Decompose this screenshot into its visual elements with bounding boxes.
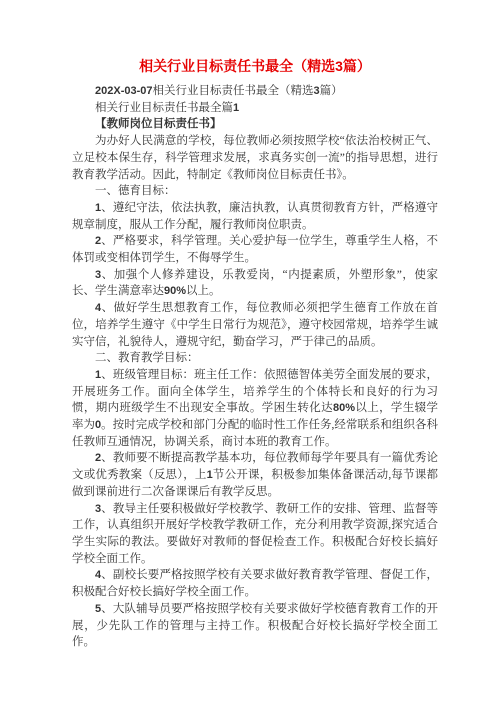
item-2-5: 5、大队辅导员要严格按照学校有关要求做好学校德育教育工作的开展，少先队工作的管理… [72,601,438,651]
subtitle: 相关行业目标责任书最全篇1 [72,100,438,117]
document-page: 相关行业目标责任书最全（精选3篇） 202X-03-07相关行业目标责任书最全（… [0,0,500,707]
document-title: 相关行业目标责任书最全（精选3篇） [72,56,438,76]
intro-paragraph: 为办好人民满意的学校，每位教师必须按照学校“依法治校树正气、立足校本保生存，科学… [72,133,438,183]
item-1-2: 2、严格要求，科学管理。关心爱护每一位学生，尊重学生人格，不体罚或变相体罚学生，… [72,233,438,266]
item-2-1: 1、班级管理目标：班主任工作：依照德智体美劳全面发展的要求，开展班务工作。面向全… [72,367,438,451]
item-2-3: 3、教导主任要积极做好学校教学、教研工作的安排、管理、监督等工作，认真组织开展好… [72,501,438,568]
date-line: 202X-03-07相关行业目标责任书最全（精选3篇） [72,83,438,100]
item-1-4: 4、做好学生思想教育工作，每位教师必须把学生德育工作放在首位，培养学生遵守《中学… [72,300,438,350]
document-body: 202X-03-07相关行业目标责任书最全（精选3篇）相关行业目标责任书最全篇1… [72,83,438,651]
item-2-4: 4、副校长要严格按照学校有关要求做好教育教学管理、督促工作，积极配合好校长搞好学… [72,567,438,600]
item-1-3: 3、加强个人修养建设，乐教爱岗，“内提素质，外塑形象”，使家长、学生满意率达90… [72,267,438,300]
item-1-1: 1、遵纪守法，依法执教，廉洁执教，认真贯彻教育方针，严格遵守规章制度，服从工作分… [72,200,438,233]
section-2-heading: 二、教育教学目标： [72,350,438,367]
section-heading: 【教师岗位目标责任书】 [72,116,438,133]
item-2-2: 2、教师要不断提高教学基本功，每位教师每学年要具有一篇优秀论文或优秀教案（反思）… [72,450,438,500]
section-1-heading: 一、德育目标： [72,183,438,200]
